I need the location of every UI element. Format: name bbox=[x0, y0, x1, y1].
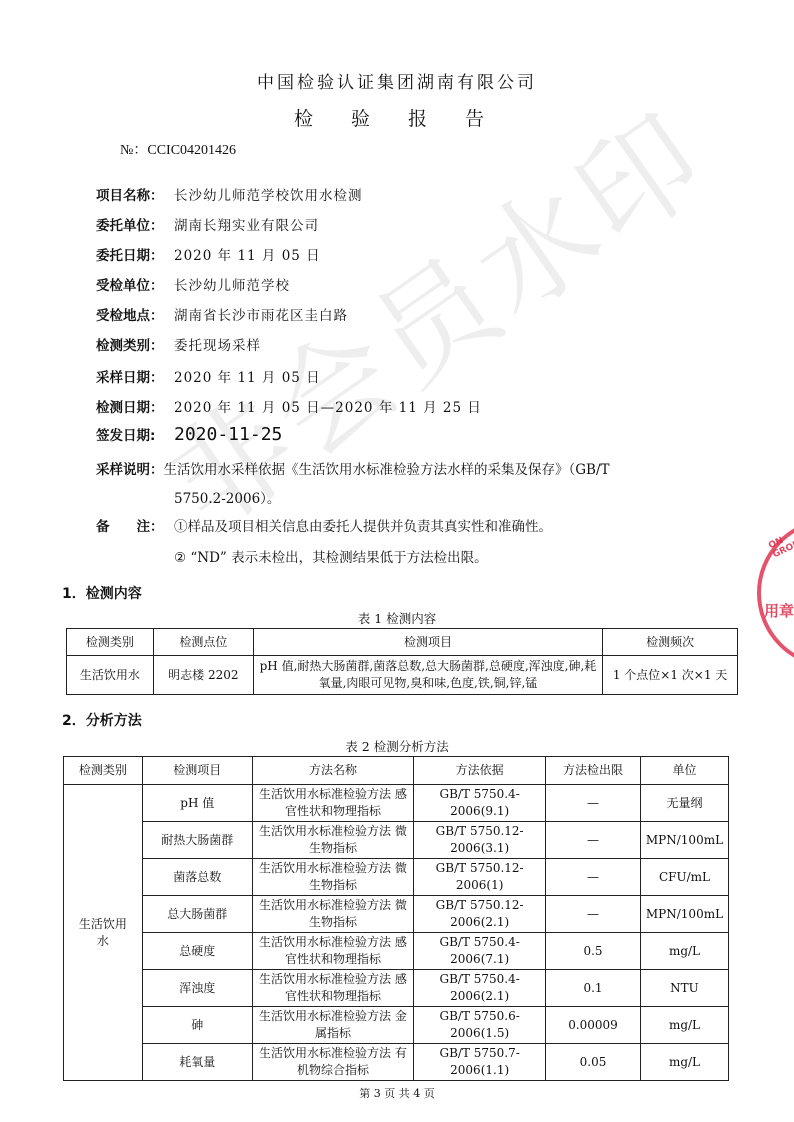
field-inspected-unit: 受检单位：长沙幼儿师范学校 bbox=[96, 274, 290, 294]
cell-limit: 0.5 bbox=[546, 933, 641, 970]
cell-unit: NTU bbox=[640, 970, 728, 1007]
sampling-note-line1: 生活饮用水采样依据《生活饮用水标准检验方法水样的采集及保存》（GB/T bbox=[164, 462, 610, 478]
table-header-row: 检测类别 检测项目 方法名称 方法依据 方法检出限 单位 bbox=[64, 757, 729, 785]
cell-unit: mg/L bbox=[640, 933, 728, 970]
cell-category: 生活饮用水 bbox=[64, 785, 143, 1081]
field-issue-date: 签发日期:2020-11-25 bbox=[96, 424, 282, 445]
field-label: 签发日期: bbox=[96, 424, 174, 444]
cell-method: 生活饮用水标准检验方法 微生物指标 bbox=[252, 896, 414, 933]
field-client: 委托单位：湖南长翔实业有限公司 bbox=[96, 214, 319, 234]
cell-method: 生活饮用水标准检验方法 感官性状和物理指标 bbox=[252, 970, 414, 1007]
cell-limit: — bbox=[546, 822, 641, 859]
table-1-caption: 表 1 检测内容 bbox=[0, 609, 794, 627]
cell-limit: — bbox=[546, 896, 641, 933]
report-title: 检 验 报 告 bbox=[0, 104, 794, 131]
field-label: 采样日期： bbox=[96, 366, 174, 386]
field-value: 2020 年 11 月 05 日 bbox=[174, 244, 321, 264]
cell-unit: mg/L bbox=[640, 1044, 728, 1081]
cell-item: 耐热大肠菌群 bbox=[142, 822, 252, 859]
cell-method: 生活饮用水标准检验方法 微生物指标 bbox=[252, 822, 414, 859]
cell-item: 耗氧量 bbox=[142, 1044, 252, 1081]
field-label: 检测日期： bbox=[96, 396, 174, 416]
company-name: 中国检验认证集团湖南有限公司 bbox=[0, 68, 794, 93]
table-row: 生活饮用水 明志楼 2202 pH 值,耐热大肠菌群,菌落总数,总大肠菌群,总硬… bbox=[67, 656, 738, 695]
cell-unit: 无量纲 bbox=[640, 785, 728, 822]
field-value: 长沙幼儿师范学校饮用水检测 bbox=[174, 184, 363, 204]
cell-unit: MPN/100mL bbox=[640, 896, 728, 933]
table-row: 耗氧量 生活饮用水标准检验方法 有机物综合指标 GB/T 5750.7-2006… bbox=[64, 1044, 729, 1081]
cell-basis: GB/T 5750.4-2006(7.1) bbox=[414, 933, 546, 970]
table-analysis-methods: 检测类别 检测项目 方法名称 方法依据 方法检出限 单位 生活饮用水 pH 值 … bbox=[63, 756, 729, 1081]
cell-item: 菌落总数 bbox=[142, 859, 252, 896]
header-cell: 方法依据 bbox=[414, 757, 546, 785]
table-row: 砷 生活饮用水标准检验方法 金属指标 GB/T 5750.6-2006(1.5)… bbox=[64, 1007, 729, 1044]
field-commission-date: 委托日期：2020 年 11 月 05 日 bbox=[96, 244, 321, 264]
field-label: 受检单位： bbox=[96, 274, 174, 294]
cell-frequency: 1 个点位×1 次×1 天 bbox=[603, 656, 738, 695]
field-sampling-date: 采样日期：2020 年 11 月 05 日 bbox=[96, 366, 321, 386]
report-number-value: CCIC04201426 bbox=[147, 143, 236, 158]
header-cell: 检测频次 bbox=[603, 629, 738, 656]
table-row: 生活饮用水 pH 值 生活饮用水标准检验方法 感官性状和物理指标 GB/T 57… bbox=[64, 785, 729, 822]
cell-unit: mg/L bbox=[640, 1007, 728, 1044]
section-2-title: 2．分析方法 bbox=[62, 710, 142, 730]
cell-category: 生活饮用水 bbox=[67, 656, 154, 695]
cell-items: pH 值,耐热大肠菌群,菌落总数,总大肠菌群,总硬度,浑浊度,砷,耗氧量,肉眼可… bbox=[253, 656, 602, 695]
cell-limit: 0.00009 bbox=[546, 1007, 641, 1044]
cell-basis: GB/T 5750.12-2006(1) bbox=[414, 859, 546, 896]
header-cell: 方法名称 bbox=[252, 757, 414, 785]
cell-method: 生活饮用水标准检验方法 金属指标 bbox=[252, 1007, 414, 1044]
remarks: 备 注：①样品及项目相关信息由委托人提供并负责其真实性和准确性。 ② “ND” … bbox=[96, 512, 552, 574]
remark-2: ② “ND” 表示未检出，其检测结果低于方法检出限。 bbox=[96, 543, 552, 574]
cell-item: 总硬度 bbox=[142, 933, 252, 970]
header-cell: 方法检出限 bbox=[546, 757, 641, 785]
sampling-note-line2: 5750.2-2006）。 bbox=[96, 485, 736, 514]
cell-basis: GB/T 5750.6-2006(1.5) bbox=[414, 1007, 546, 1044]
table-2-caption: 表 2 检测分析方法 bbox=[0, 737, 794, 755]
field-value: 委托现场采样 bbox=[174, 334, 261, 354]
cell-limit: — bbox=[546, 859, 641, 896]
report-number: №：CCIC04201426 bbox=[120, 139, 236, 159]
cell-limit: 0.05 bbox=[546, 1044, 641, 1081]
table-row: 耐热大肠菌群 生活饮用水标准检验方法 微生物指标 GB/T 5750.12-20… bbox=[64, 822, 729, 859]
field-value: 长沙幼儿师范学校 bbox=[174, 274, 290, 294]
cell-item: 总大肠菌群 bbox=[142, 896, 252, 933]
cell-basis: GB/T 5750.4-2006(2.1) bbox=[414, 970, 546, 1007]
table-row: 总大肠菌群 生活饮用水标准检验方法 微生物指标 GB/T 5750.12-200… bbox=[64, 896, 729, 933]
field-value: 2020 年 11 月 05 日 bbox=[174, 366, 321, 386]
cell-item: 砷 bbox=[142, 1007, 252, 1044]
field-label: 项目名称： bbox=[96, 184, 174, 204]
cell-basis: GB/T 5750.7-2006(1.1) bbox=[414, 1044, 546, 1081]
field-project-name: 项目名称：长沙幼儿师范学校饮用水检测 bbox=[96, 184, 363, 204]
cell-item: 浑浊度 bbox=[142, 970, 252, 1007]
field-label: 委托日期： bbox=[96, 244, 174, 264]
report-number-label: №： bbox=[120, 143, 147, 158]
table-header-row: 检测类别 检测点位 检测项目 检测频次 bbox=[67, 629, 738, 656]
sampling-note-label: 采样说明： bbox=[96, 462, 164, 478]
field-value: 2020-11-25 bbox=[174, 424, 282, 445]
field-label: 委托单位： bbox=[96, 214, 174, 234]
cell-location: 明志楼 2202 bbox=[153, 656, 253, 695]
field-value: 2020 年 11 月 05 日—2020 年 11 月 25 日 bbox=[174, 396, 482, 416]
remark-1: ①样品及项目相关信息由委托人提供并负责其真实性和准确性。 bbox=[174, 519, 552, 535]
table-test-content: 检测类别 检测点位 检测项目 检测频次 生活饮用水 明志楼 2202 pH 值,… bbox=[66, 628, 738, 695]
header-cell: 检测项目 bbox=[253, 629, 602, 656]
cell-item: pH 值 bbox=[142, 785, 252, 822]
field-test-date: 检测日期：2020 年 11 月 05 日—2020 年 11 月 25 日 bbox=[96, 396, 482, 416]
sampling-note: 采样说明：生活饮用水采样依据《生活饮用水标准检验方法水样的采集及保存》（GB/T… bbox=[96, 456, 736, 514]
header-cell: 检测项目 bbox=[142, 757, 252, 785]
cell-basis: GB/T 5750.12-2006(3.1) bbox=[414, 822, 546, 859]
cell-basis: GB/T 5750.12-2006(2.1) bbox=[414, 896, 546, 933]
cell-method: 生活饮用水标准检验方法 微生物指标 bbox=[252, 859, 414, 896]
cell-method: 生活饮用水标准检验方法 感官性状和物理指标 bbox=[252, 933, 414, 970]
header-cell: 检测类别 bbox=[64, 757, 143, 785]
field-label: 受检地点： bbox=[96, 304, 174, 324]
cell-limit: — bbox=[546, 785, 641, 822]
field-value: 湖南长翔实业有限公司 bbox=[174, 214, 319, 234]
cell-limit: 0.1 bbox=[546, 970, 641, 1007]
field-inspected-location: 受检地点：湖南省长沙市雨花区圭白路 bbox=[96, 304, 348, 324]
table-row: 总硬度 生活饮用水标准检验方法 感官性状和物理指标 GB/T 5750.4-20… bbox=[64, 933, 729, 970]
field-test-category: 检测类别：委托现场采样 bbox=[96, 334, 261, 354]
cell-method: 生活饮用水标准检验方法 感官性状和物理指标 bbox=[252, 785, 414, 822]
table-row: 菌落总数 生活饮用水标准检验方法 微生物指标 GB/T 5750.12-2006… bbox=[64, 859, 729, 896]
header-cell: 单位 bbox=[640, 757, 728, 785]
field-value: 湖南省长沙市雨花区圭白路 bbox=[174, 304, 348, 324]
cell-method: 生活饮用水标准检验方法 有机物综合指标 bbox=[252, 1044, 414, 1081]
section-1-title: 1．检测内容 bbox=[62, 583, 142, 603]
page-number: 第 3 页 共 4 页 bbox=[0, 1085, 794, 1101]
field-label: 检测类别： bbox=[96, 334, 174, 354]
cell-unit: CFU/mL bbox=[640, 859, 728, 896]
remarks-label: 备 注： bbox=[96, 512, 174, 543]
header-cell: 检测类别 bbox=[67, 629, 154, 656]
cell-unit: MPN/100mL bbox=[640, 822, 728, 859]
cell-basis: GB/T 5750.4-2006(9.1) bbox=[414, 785, 546, 822]
table-row: 浑浊度 生活饮用水标准检验方法 感官性状和物理指标 GB/T 5750.4-20… bbox=[64, 970, 729, 1007]
header-cell: 检测点位 bbox=[153, 629, 253, 656]
